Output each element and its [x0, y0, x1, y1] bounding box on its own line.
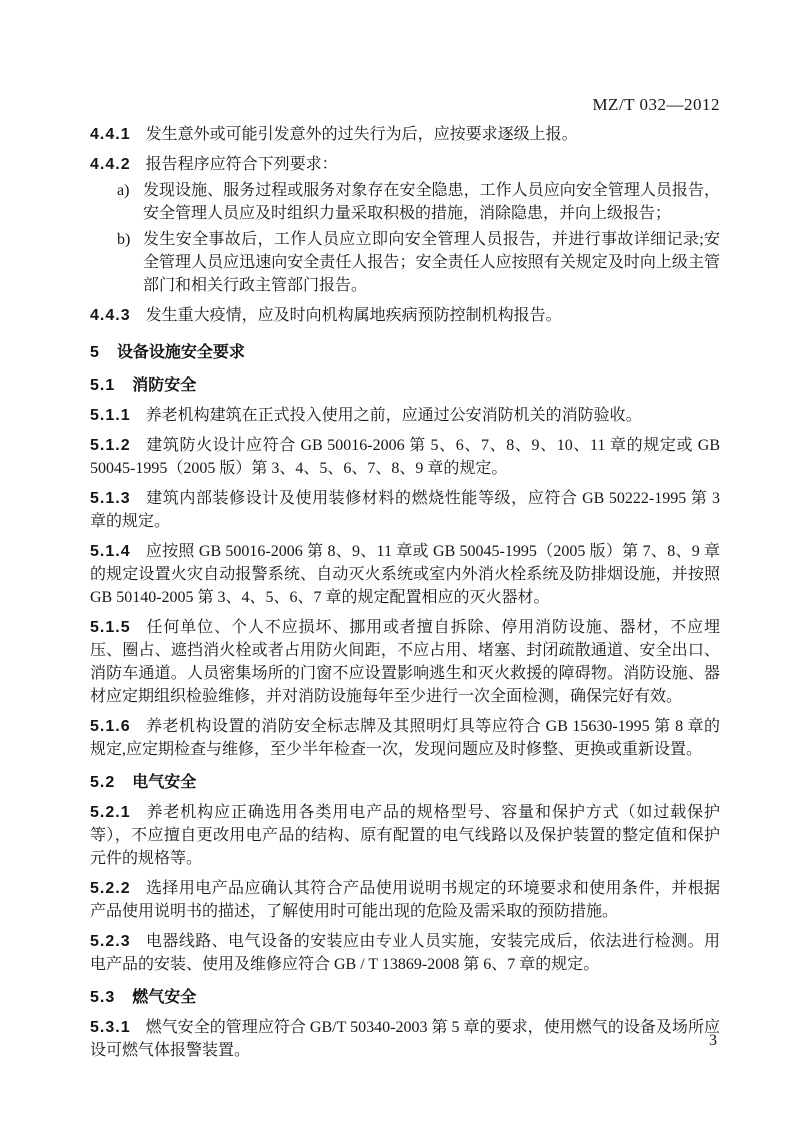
section-heading-5: 5设备设施安全要求 — [90, 341, 720, 364]
clause-5-2-2: 5.2.2选择用电产品应确认其符合产品使用说明书规定的环境要求和使用条件，并根据… — [90, 877, 720, 923]
clause-5-1-3: 5.1.3建筑内部装修设计及使用装修材料的燃烧性能等级，应符合 GB 50222… — [90, 487, 720, 533]
clause-number: 5.2.1 — [90, 804, 131, 821]
clause-text: 建筑防火设计应符合 GB 50016-2006 第 5、6、7、8、9、10、1… — [90, 437, 720, 477]
heading-text: 消防安全 — [132, 377, 196, 394]
heading-text: 设备设施安全要求 — [117, 344, 245, 361]
clause-number: 5.1.1 — [90, 407, 131, 424]
clause-text: 电器线路、电气设备的安装应由专业人员实施，安装完成后，依法进行检测。用电产品的安… — [90, 933, 720, 973]
clause-4-4-2: 4.4.2报告程序应符合下列要求： — [90, 153, 720, 176]
section-heading-5-2: 5.2电气安全 — [90, 771, 720, 794]
section-heading-5-3: 5.3燃气安全 — [90, 986, 720, 1009]
clause-number: 4.4.3 — [90, 307, 131, 324]
clause-text: 报告程序应符合下列要求： — [146, 156, 338, 173]
heading-number: 5.3 — [90, 989, 115, 1006]
clause-5-1-2: 5.1.2建筑防火设计应符合 GB 50016-2006 第 5、6、7、8、9… — [90, 434, 720, 480]
clause-text: 任何单位、个人不应损坏、挪用或者擅自拆除、停用消防设施、器材，不应埋压、圈占、遮… — [90, 619, 720, 705]
clause-text: 养老机构设置的消防安全标志牌及其照明灯具等应符合 GB 15630-1995 第… — [90, 718, 720, 758]
clause-4-4-3: 4.4.3发生重大疫情，应及时向机构属地疾病预防控制机构报告。 — [90, 304, 720, 327]
list-item-marker: a) — [117, 179, 129, 202]
clause-5-3-1: 5.3.1燃气安全的管理应符合 GB/T 50340-2003 第 5 章的要求… — [90, 1016, 720, 1062]
clause-number: 5.1.2 — [90, 437, 131, 454]
document-page: MZ/T 032—2012 4.4.1发生意外或可能引发意外的过失行为后，应按要… — [0, 0, 793, 1122]
list-item-b: b)发生安全事故后，工作人员应立即向安全管理人员报告，并进行事故详细记录;安全管… — [90, 228, 720, 297]
page-number: 3 — [709, 1032, 717, 1050]
clause-number: 5.1.5 — [90, 619, 131, 636]
clause-text: 选择用电产品应确认其符合产品使用说明书规定的环境要求和使用条件，并根据产品使用说… — [90, 880, 720, 920]
heading-number: 5.1 — [90, 377, 115, 394]
clause-number: 5.2.3 — [90, 933, 131, 950]
list-item-text: 发现设施、服务过程或服务对象存在安全隐患，工作人员应向安全管理人员报告，安全管理… — [143, 182, 720, 222]
clause-number: 5.2.2 — [90, 880, 131, 897]
heading-number: 5 — [90, 344, 100, 361]
clause-number: 5.1.4 — [90, 543, 131, 560]
clause-text: 养老机构建筑在正式投入使用之前，应通过公安消防机关的消防验收。 — [146, 407, 642, 424]
clause-5-1-1: 5.1.1养老机构建筑在正式投入使用之前，应通过公安消防机关的消防验收。 — [90, 404, 720, 427]
list-item-marker: b) — [117, 228, 130, 251]
clause-number: 5.3.1 — [90, 1019, 131, 1036]
clause-text: 建筑内部装修设计及使用装修材料的燃烧性能等级，应符合 GB 50222-1995… — [90, 490, 720, 530]
heading-text: 电气安全 — [132, 774, 196, 791]
clause-5-1-4: 5.1.4应按照 GB 50016-2006 第 8、9、11 章或 GB 50… — [90, 540, 720, 609]
clause-number: 4.4.2 — [90, 156, 131, 173]
clause-5-1-5: 5.1.5任何单位、个人不应损坏、挪用或者擅自拆除、停用消防设施、器材，不应埋压… — [90, 616, 720, 708]
clause-text: 养老机构应正确选用各类用电产品的规格型号、容量和保护方式（如过载保护等），不应擅… — [90, 804, 720, 867]
heading-text: 燃气安全 — [132, 989, 196, 1006]
clause-text: 发生意外或可能引发意外的过失行为后，应按要求逐级上报。 — [146, 126, 578, 143]
clause-text: 发生重大疫情，应及时向机构属地疾病预防控制机构报告。 — [146, 307, 562, 324]
document-header: MZ/T 032—2012 — [90, 95, 720, 115]
clause-4-4-1: 4.4.1发生意外或可能引发意外的过失行为后，应按要求逐级上报。 — [90, 123, 720, 146]
clause-5-2-1: 5.2.1养老机构应正确选用各类用电产品的规格型号、容量和保护方式（如过载保护等… — [90, 801, 720, 870]
clause-5-1-6: 5.1.6养老机构设置的消防安全标志牌及其照明灯具等应符合 GB 15630-1… — [90, 715, 720, 761]
list-item-text: 发生安全事故后，工作人员应立即向安全管理人员报告，并进行事故详细记录;安全管理人… — [143, 231, 720, 294]
clause-text: 燃气安全的管理应符合 GB/T 50340-2003 第 5 章的要求，使用燃气… — [90, 1019, 720, 1059]
clause-5-2-3: 5.2.3电器线路、电气设备的安装应由专业人员实施，安装完成后，依法进行检测。用… — [90, 930, 720, 976]
clause-text: 应按照 GB 50016-2006 第 8、9、11 章或 GB 50045-1… — [90, 543, 720, 606]
clause-number: 5.1.6 — [90, 718, 131, 735]
section-heading-5-1: 5.1消防安全 — [90, 374, 720, 397]
standard-number: MZ/T 032—2012 — [592, 95, 720, 114]
heading-number: 5.2 — [90, 774, 115, 791]
clause-number: 4.4.1 — [90, 126, 131, 143]
clause-number: 5.1.3 — [90, 490, 131, 507]
list-item-a: a)发现设施、服务过程或服务对象存在安全隐患，工作人员应向安全管理人员报告，安全… — [90, 179, 720, 225]
